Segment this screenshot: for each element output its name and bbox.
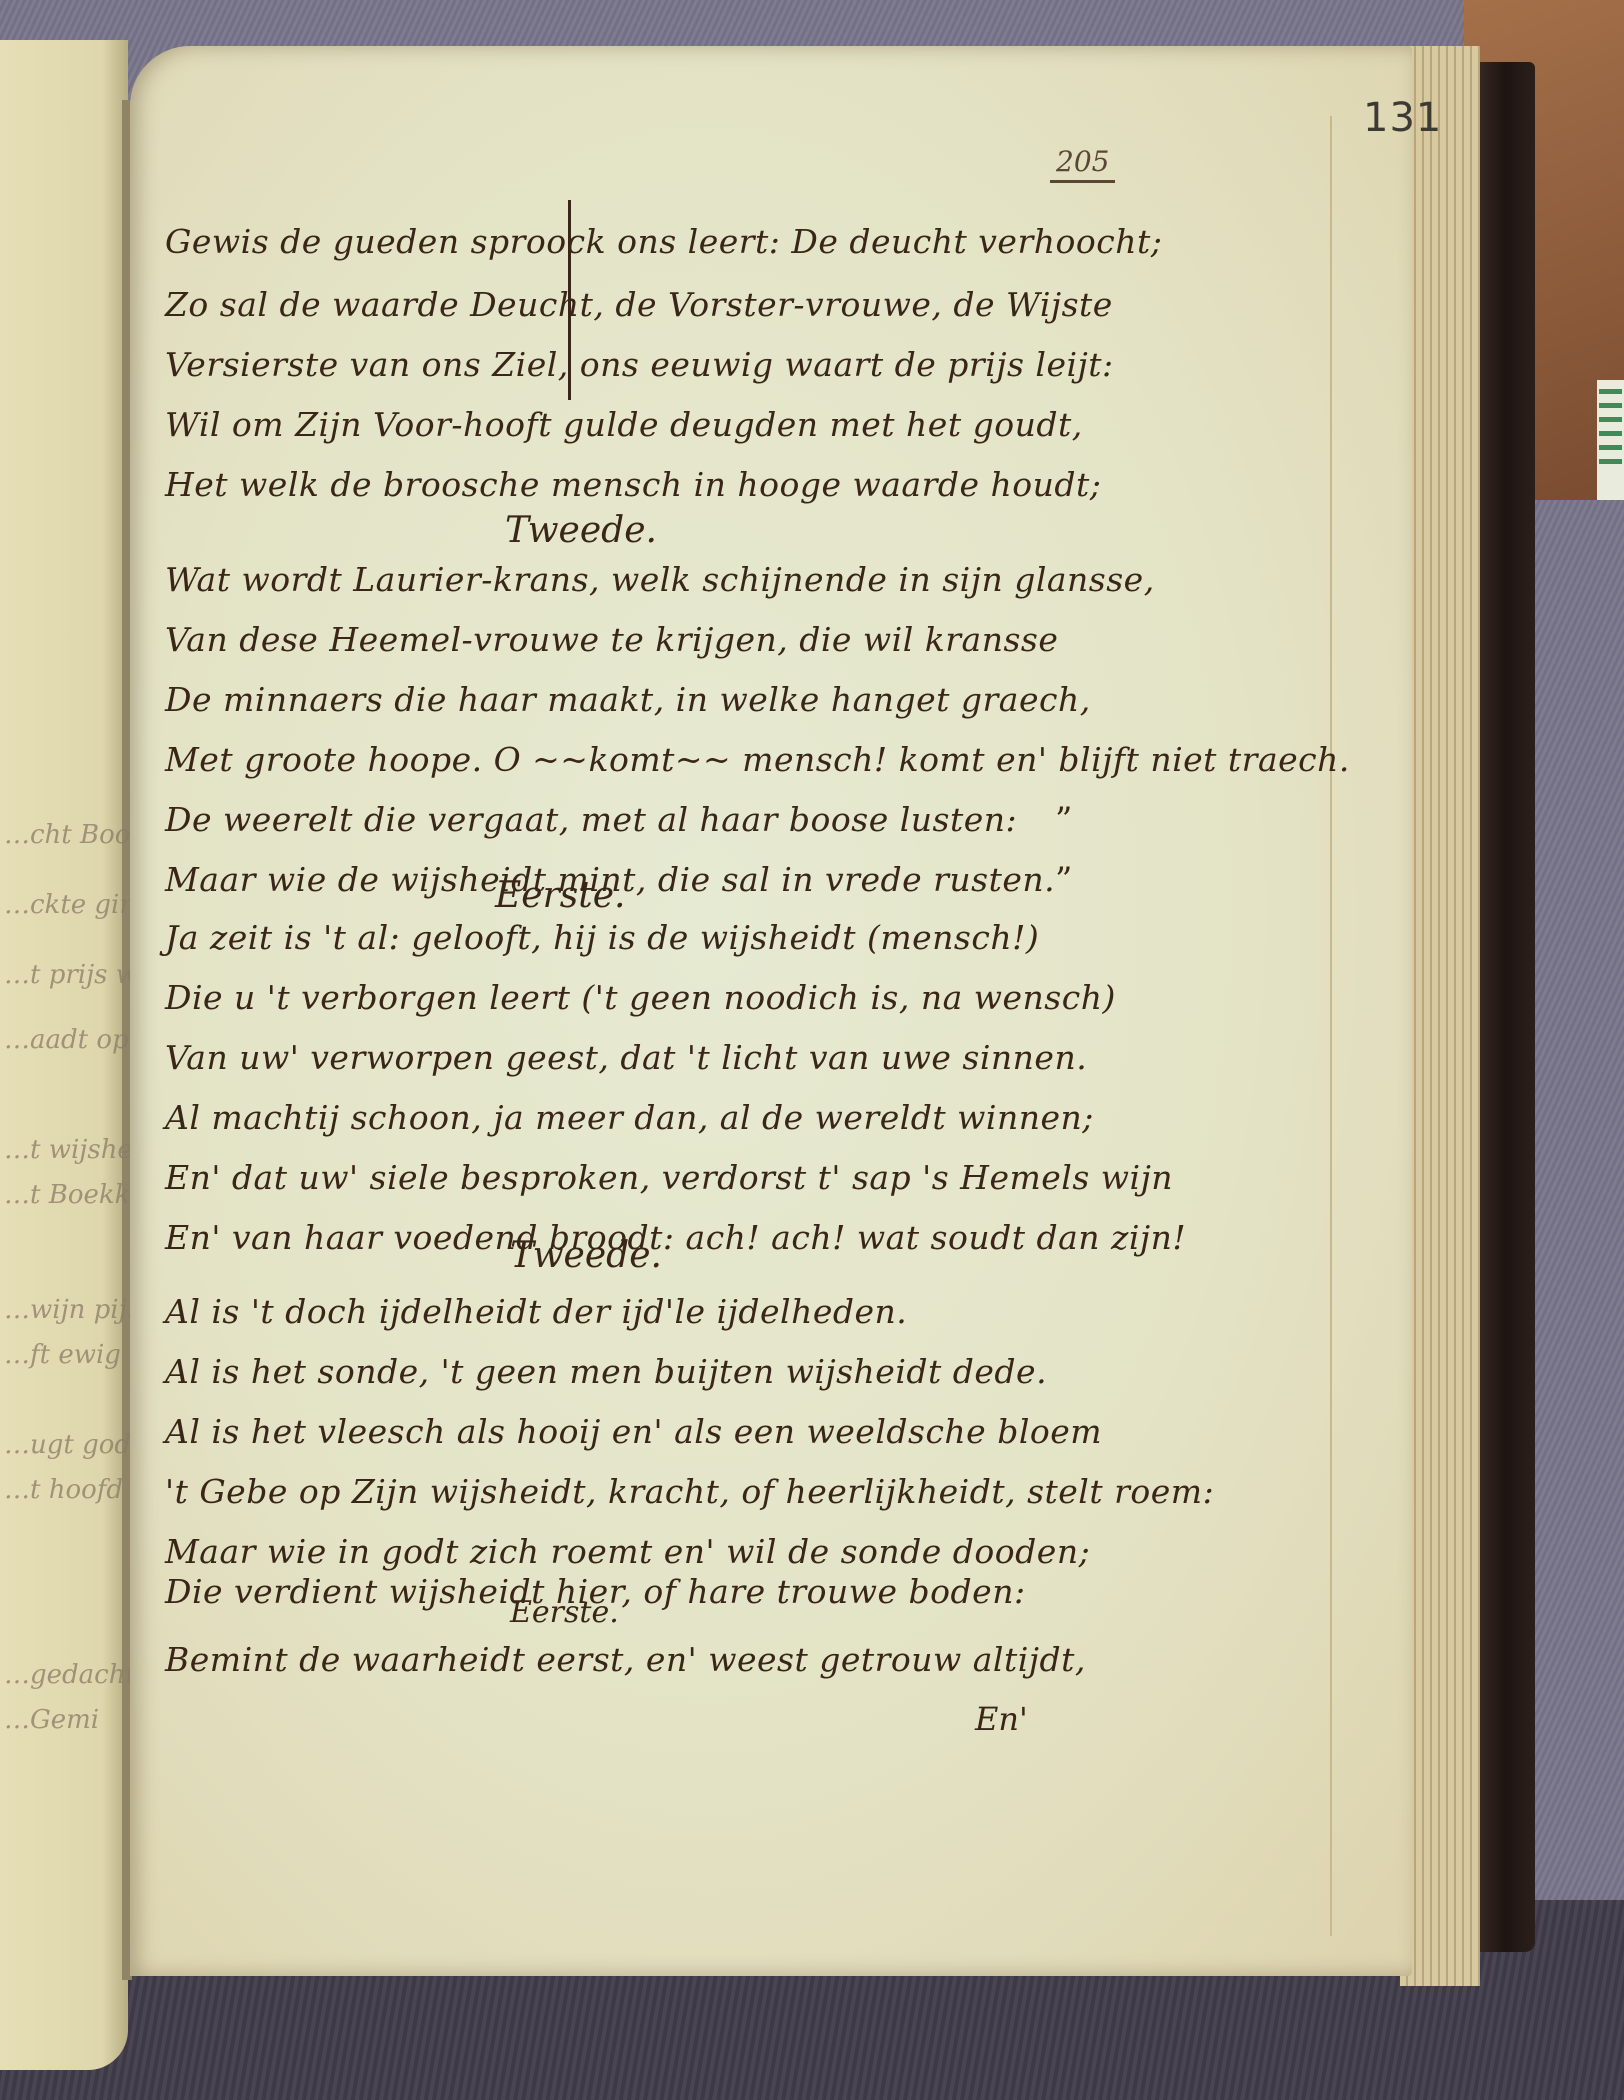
verse-line: Al is het vleesch als hooij en' als een … xyxy=(165,1412,1102,1451)
verse-line: Versierste van ons Ziel, ons eeuwig waar… xyxy=(165,345,1114,384)
left-page-fragment: …gedacht! xyxy=(4,1660,146,1690)
verse-line: Van dese Heemel-vrouwe te krijgen, die w… xyxy=(165,620,1058,659)
verse-line: Wil om Zijn Voor-hooft gulde deugden met… xyxy=(165,405,1083,444)
verse-line: Bemint de waarheidt eerst, en' weest get… xyxy=(165,1640,1086,1679)
verse-line: Met groote hoope. O ~~komt~~ mensch! kom… xyxy=(165,740,1350,779)
verse-line: Zo sal de waarde Deucht, de Vorster-vrou… xyxy=(165,285,1113,324)
verse-line: Ja zeit is 't al: gelooft, hij is de wij… xyxy=(165,918,1039,957)
quote-mark: ” xyxy=(1055,860,1072,900)
verse-line: Het welk de broosche mensch in hooge waa… xyxy=(165,465,1101,504)
left-page-fragment: …wijn pijn xyxy=(4,1295,143,1325)
verse-line: En' van haar voedend broodt: ach! ach! w… xyxy=(165,1218,1186,1257)
page-edges xyxy=(1400,46,1480,1986)
verse-line: Al is 't doch ijdelheidt der ijd'le ijde… xyxy=(165,1292,907,1331)
left-page-fragment: …ft ewig xyxy=(4,1340,121,1370)
quote-mark: ” xyxy=(1055,800,1072,840)
verse-line: 't Gebe op Zijn wijsheidt, kracht, of he… xyxy=(165,1472,1214,1511)
left-page xyxy=(0,40,128,2070)
verse-line: Maar wie in godt zich roemt en' wil de s… xyxy=(165,1532,1090,1571)
verse-line: Wat wordt Laurier-krans, welk schijnende… xyxy=(165,560,1155,599)
verse-line: Al is het sonde, 't geen men buijten wij… xyxy=(165,1352,1047,1391)
verse-line: De weerelt die vergaat, met al haar boos… xyxy=(165,800,1017,839)
section-heading: Eerste. xyxy=(510,1595,619,1630)
verse-line: Die u 't verborgen leert ('t geen noodic… xyxy=(165,978,1116,1017)
catchword: En' xyxy=(975,1700,1028,1738)
verse-line: En' dat uw' siele besproken, verdorst t'… xyxy=(165,1158,1173,1197)
section-heading: Tweede. xyxy=(505,510,657,551)
book-binding xyxy=(1475,62,1535,1952)
page-number: 205 xyxy=(1050,145,1115,183)
verse-line: De minnaers die haar maakt, in welke han… xyxy=(165,680,1091,719)
catalogue-tag xyxy=(1597,380,1624,500)
verse-line: Van uw' verworpen geest, dat 't licht va… xyxy=(165,1038,1087,1077)
section-heading: Tweede. xyxy=(510,1235,662,1276)
left-page-fragment: …t hoofd xyxy=(4,1475,123,1505)
verse-line: Al machtij schoon, ja meer dan, al de we… xyxy=(165,1098,1094,1137)
verse-line: Gewis de gueden sproock ons leert: De de… xyxy=(165,222,1162,261)
folio-number: 131 xyxy=(1363,95,1442,141)
section-heading: Eerste. xyxy=(495,875,625,916)
left-page-fragment: …Gemi xyxy=(4,1705,99,1735)
